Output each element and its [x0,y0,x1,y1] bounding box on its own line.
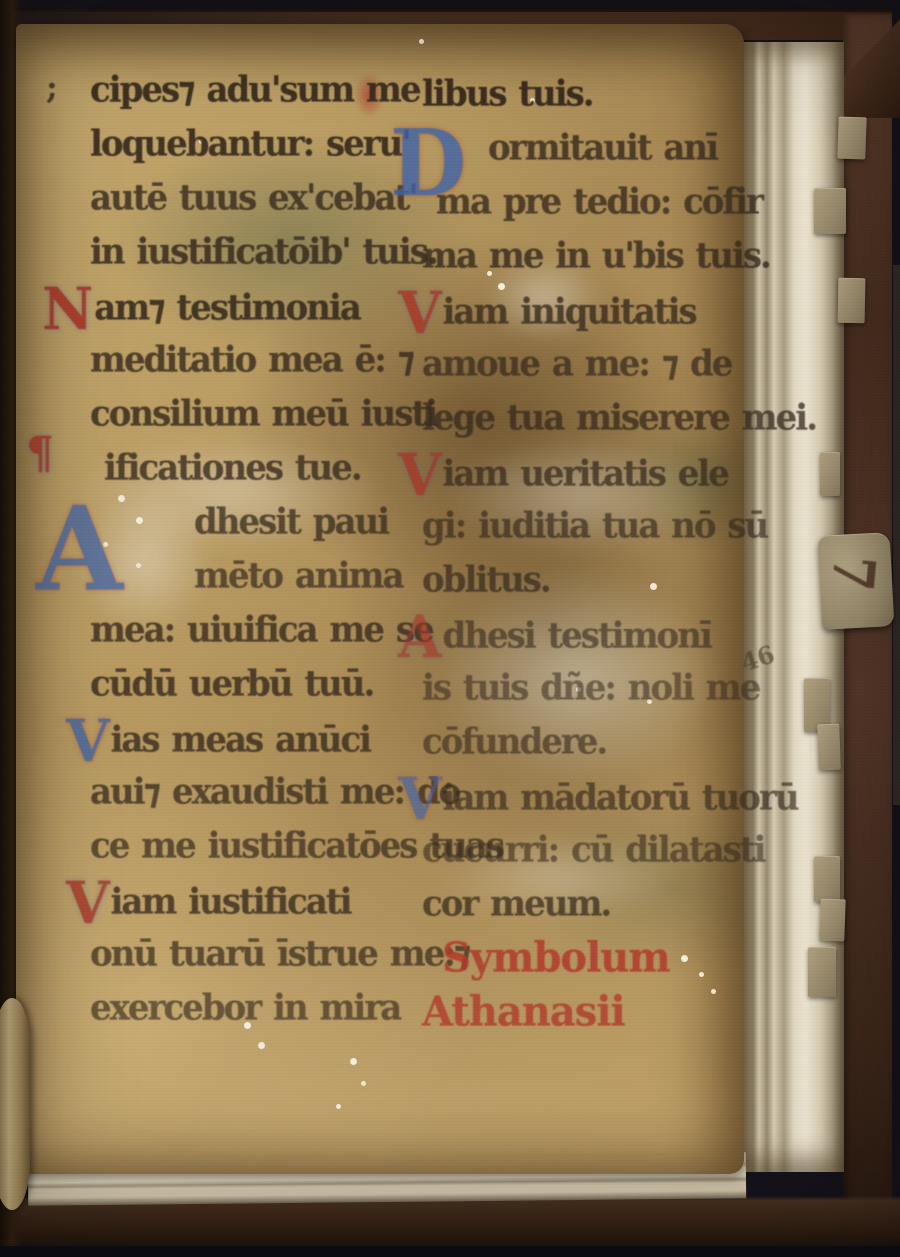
index-tab [814,188,846,234]
line-text: loquebantur: seru' [90,123,410,165]
text-line: in iustificatōib' tuis. [90,226,412,282]
text-line: Adhesi testimonī [422,608,744,664]
text-line: cōfundere. [422,716,744,772]
text-line: lege tua miserere mei. [422,392,744,448]
illuminated-initial: N [42,280,91,338]
text-line: Viam iniquitatis [422,284,744,340]
line-text: onū tuarū īstrue me:⁊ [90,933,469,975]
line-text: cōfundere. [422,721,606,763]
manuscript-page: ; ¶ cipes⁊ adu'sum meloquebantur: seru'a… [16,24,744,1174]
line-text: amoue a me: ⁊ de [422,343,731,385]
text-line: amoue a me: ⁊ de [422,338,744,394]
margin-mark: ; [46,68,58,106]
tab-handwritten-mark: 7 [823,553,883,593]
text-line: Dormitauit anī [422,122,744,178]
index-tab-labeled: 7 [818,532,895,630]
illuminated-initial: V [66,712,107,770]
line-text: autē tuus ex'cebat' [90,177,417,219]
line-text: exercebor in mira [90,987,400,1029]
text-line: cucurri: cū dilatasti [422,824,744,880]
line-text: cipes⁊ adu'sum me [90,69,420,111]
text-line: is tuis dñe: noli me [422,662,744,718]
line-text: oblitus. [422,559,550,601]
manuscript-photo: 7 ; ¶ cipes⁊ adu'sum meloquebantur: seru… [0,0,900,1257]
text-line: Viam iustificati [90,874,412,930]
left-text-column: cipes⁊ adu'sum meloquebantur: seru'autē … [90,64,412,1036]
text-line: aui⁊ exaudisti me: do [90,766,412,822]
text-line: gi: iuditia tua nō sū [422,500,744,556]
index-tab [820,452,840,496]
index-tab [837,117,866,160]
illuminated-initial: V [398,284,439,342]
line-text: lege tua miserere mei. [422,397,816,439]
text-line: cipes⁊ adu'sum me [90,64,412,120]
line-text: iam iniquitatis [442,291,695,333]
line-text: am⁊ testimonia [94,287,360,329]
line-text: Symbolum [442,933,670,982]
line-text: gi: iuditia tua nō sū [422,505,767,547]
text-line: libus tuis. [422,68,744,124]
line-text: Athanasii [422,987,625,1036]
line-text: cor meum. [422,883,610,925]
text-line: loquebantur: seru' [90,118,412,174]
text-line: mea: uiuifica me se [90,604,412,660]
background-object [893,265,900,805]
text-line: Nam⁊ testimonia [90,280,412,336]
index-tab [808,947,836,997]
line-text: mēto anima [194,555,403,597]
text-line: ma me in u'bis tuis. [422,230,744,286]
text-line: ificationes tue. [90,442,412,498]
illuminated-initial: V [398,446,439,504]
text-line: cūdū uerbū tuū. [90,658,412,714]
line-text: ma me in u'bis tuis. [422,235,770,277]
rubric-line: Athanasii [422,986,744,1042]
text-line: autē tuus ex'cebat' [90,172,412,228]
line-text: dhesit paui [194,501,388,543]
text-line: Adhesit paui [90,496,412,552]
illuminated-initial: A [398,608,439,666]
index-tab [817,724,841,771]
text-line: meditatio mea ē: ⁊ [90,334,412,390]
index-tab [814,856,840,902]
line-text: meditatio mea ē: ⁊ [90,339,413,381]
line-text: iam iustificati [110,881,350,923]
background-strip [0,1246,900,1257]
page-curl [0,998,30,1210]
line-text: dhesi testimonī [442,615,710,657]
text-line: oblitus. [422,554,744,610]
line-text: iam mādatorū tuorū [442,777,797,819]
text-line: cor meum. [422,878,744,934]
line-text: ias meas anūci [110,719,370,761]
text-line: consilium meū iusti [90,388,412,444]
illuminated-initial: V [66,874,107,932]
line-text: mea: uiuifica me se [90,609,433,651]
index-tab [819,899,845,942]
line-text: cucurri: cū dilatasti [422,829,764,871]
index-tab [838,278,866,323]
right-text-column: libus tuis.Dormitauit anīma pre tedio: c… [422,68,744,1040]
line-text: consilium meū iusti [90,393,436,435]
line-text: ma pre tedio: cōfir [436,181,762,223]
line-text: is tuis dñe: noli me [422,667,759,709]
margin-paraph: ¶ [26,428,54,479]
text-line: mēto anima [90,550,412,606]
text-line: Viam ueritatis ele [422,446,744,502]
text-line: ce me iustificatōes tuas [90,820,412,876]
text-line: onū tuarū īstrue me:⁊ [90,928,412,984]
rubric-line: Symbolum [422,932,744,988]
line-text: iam ueritatis ele [442,453,727,495]
text-line: Viam mādatorū tuorū [422,770,744,826]
line-text: ormitauit anī [488,127,717,169]
line-text: in iustificatōib' tuis. [90,231,437,273]
illuminated-initial: V [398,770,439,828]
text-line: Vias meas anūci [90,712,412,768]
book-cover-right-edge [843,14,892,1244]
text-line: ma pre tedio: cōfir [422,176,744,232]
text-line: exercebor in mira [90,982,412,1038]
line-text: ificationes tue. [104,447,361,489]
line-text: cūdū uerbū tuū. [90,663,373,705]
